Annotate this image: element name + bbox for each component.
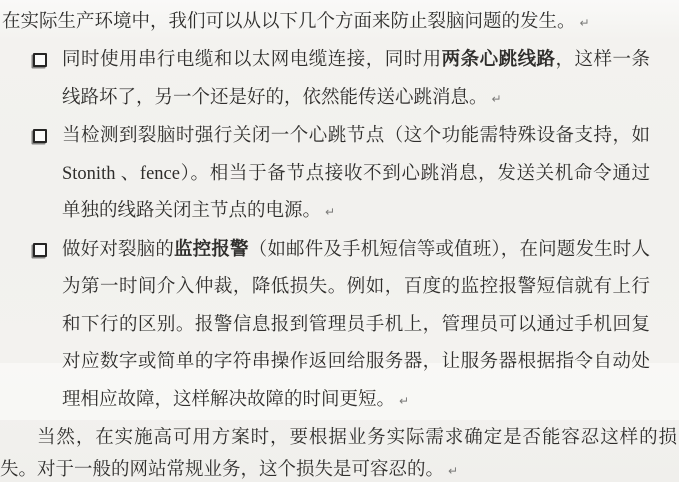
- square-bullet-icon: [33, 129, 47, 143]
- square-bullet-icon: [33, 53, 47, 67]
- bullet-text: 同时使用串行电缆和以太网电缆连接，同时用两条心跳线路，这样一条线路坏了，另一个还…: [62, 50, 650, 108]
- bullet-text-bold-segment: 监控报警: [174, 240, 249, 260]
- intro-paragraph-text: 在实际生产环境中，我们可以从以下几个方面来防止裂脑问题的发生。: [2, 12, 576, 32]
- square-bullet-icon: [33, 243, 47, 257]
- bullet-text: 当检测到裂脑时强行关闭一个心跳节点（这个功能需特殊设备支持，如 Stonith …: [62, 126, 650, 221]
- bullet-text-segment: 做好对裂脑的: [62, 240, 174, 260]
- closing-paragraph-text: 当然，在实施高可用方案时，要根据业务实际需求确定是否能容忍这样的损失。对于一般的…: [0, 428, 677, 480]
- bullet-text-segment: （如邮件及手机短信等或值班），在问题发生时人为第一时间介入仲裁，降低损失。例如，…: [62, 240, 650, 410]
- bullet-text-segment: 同时使用串行电缆和以太网电缆连接，同时用: [62, 50, 442, 70]
- paragraph-mark-icon: ↵: [580, 16, 590, 30]
- bullet-text: 做好对裂脑的监控报警（如邮件及手机短信等或值班），在问题发生时人为第一时间介入仲…: [62, 240, 650, 410]
- closing-paragraph: 当然，在实施高可用方案时，要根据业务实际需求确定是否能容忍这样的损失。对于一般的…: [0, 422, 679, 482]
- bullet-text-segment: 当检测到裂脑时强行关闭一个心跳节点（这个功能需特殊设备支持，如 Stonith …: [62, 126, 650, 221]
- document-content: 在实际生产环境中，我们可以从以下几个方面来防止裂脑问题的发生。↵ 同时使用串行电…: [0, 0, 679, 482]
- document-page: 在实际生产环境中，我们可以从以下几个方面来防止裂脑问题的发生。↵ 同时使用串行电…: [0, 0, 679, 482]
- bullet-text-bold-segment: 两条心跳线路: [442, 50, 556, 70]
- bullet-list: 同时使用串行电缆和以太网电缆连接，同时用两条心跳线路，这样一条线路坏了，另一个还…: [0, 42, 679, 420]
- paragraph-mark-icon: ↵: [399, 394, 409, 408]
- paragraph-mark-icon: ↵: [492, 92, 502, 106]
- bullet-item: 当检测到裂脑时强行关闭一个心跳节点（这个功能需特殊设备支持，如 Stonith …: [62, 118, 650, 232]
- bullet-item: 做好对裂脑的监控报警（如邮件及手机短信等或值班），在问题发生时人为第一时间介入仲…: [62, 232, 650, 421]
- paragraph-mark-icon: ↵: [325, 205, 335, 219]
- intro-paragraph: 在实际生产环境中，我们可以从以下几个方面来防止裂脑问题的发生。↵: [0, 0, 679, 42]
- paragraph-mark-icon: ↵: [448, 464, 458, 478]
- bullet-item: 同时使用串行电缆和以太网电缆连接，同时用两条心跳线路，这样一条线路坏了，另一个还…: [62, 42, 650, 118]
